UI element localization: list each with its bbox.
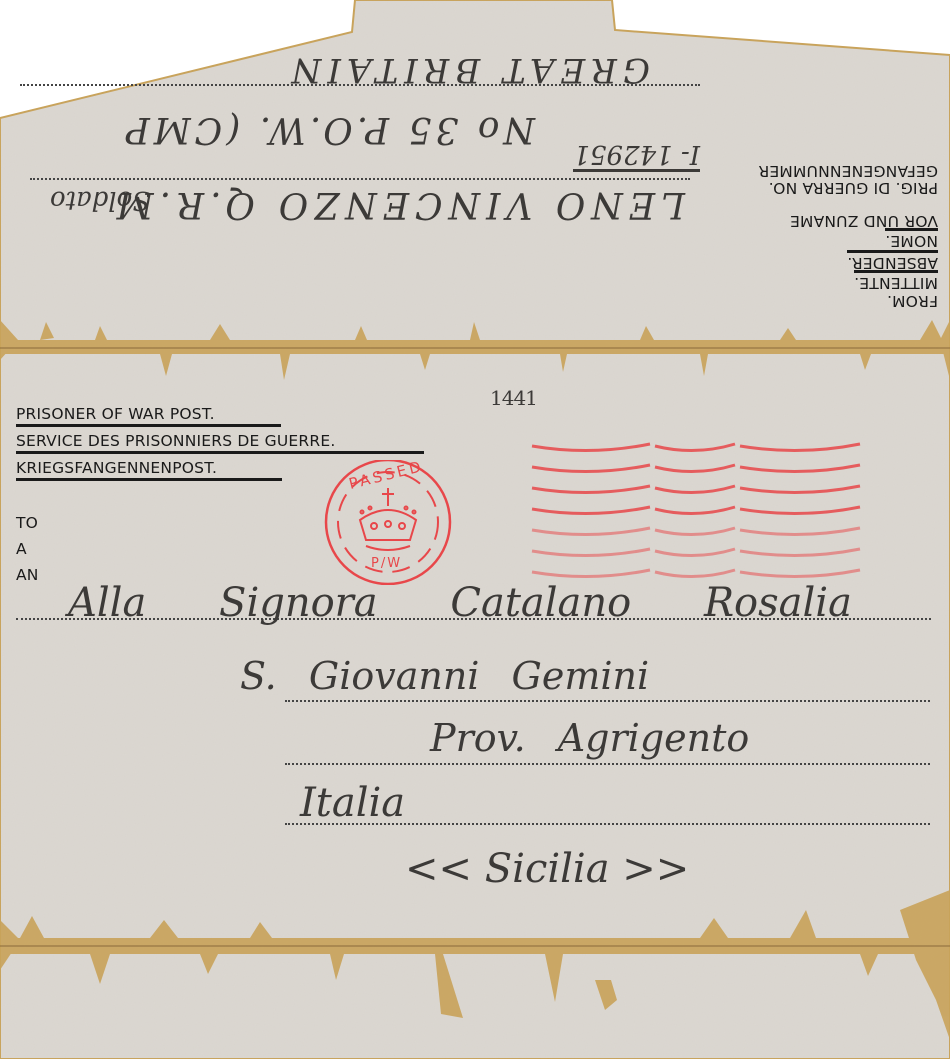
dotted-line xyxy=(30,178,690,180)
pencil-note: 1441 xyxy=(490,386,537,410)
country-handwritten: GREAT BRITAIN xyxy=(286,50,650,90)
pow-letter-sheet: FROM. MITTENTE. ABSENDER. NOME. VOR UND … xyxy=(0,0,950,1059)
wavy-cancellation-lines xyxy=(520,430,870,600)
address-country-handwritten: Italia xyxy=(300,780,405,826)
camp-handwritten: No 35 P.O.W. (CMP xyxy=(122,109,535,150)
crown-icon xyxy=(360,488,416,550)
label-from: FROM. xyxy=(887,292,938,310)
header-prisoner-of-war-post: PRISONER OF WAR POST. xyxy=(16,405,281,427)
sender-panel: FROM. MITTENTE. ABSENDER. NOME. VOR UND … xyxy=(0,0,950,340)
addressee-handwritten: Alla Signora Catalano Rosalia xyxy=(68,580,852,626)
sender-name-handwritten: LENO VINCENZO Q.R.M xyxy=(111,184,685,225)
label-gefangenennummer: GEFANGENENNUMMER xyxy=(758,162,938,180)
label-to: TO xyxy=(16,514,38,532)
label-an: AN xyxy=(16,566,39,584)
label-mittente: MITTENTE. xyxy=(854,274,938,292)
censor-pw-text: P/W xyxy=(371,556,402,571)
address-dotted-line xyxy=(285,700,930,702)
sender-rank-handwritten: Soldato xyxy=(50,185,150,215)
label-prig-di-guerra-no: PRIG. DI GUERRA NO. xyxy=(769,179,938,197)
address-dotted-line xyxy=(285,763,930,765)
label-absender: ABSENDER. xyxy=(847,254,938,272)
address-region-handwritten: << Sicilia >> xyxy=(405,846,689,892)
header-service-des-prisonniers: SERVICE DES PRISONNIERS DE GUERRE. xyxy=(16,432,424,454)
label-a: A xyxy=(16,540,27,558)
label-nome: NOME. xyxy=(885,232,938,250)
address-town-handwritten: S. Giovanni Gemini xyxy=(240,654,649,698)
censor-stamp: PASSED P/W xyxy=(318,460,458,585)
label-vor-und-zuname: VOR UND ZUNAME xyxy=(790,212,938,230)
address-province-handwritten: Prov. Agrigento xyxy=(430,716,749,760)
header-kriegsgefangenenpost: KRIEGSFANGENNENPOST. xyxy=(16,459,282,481)
pow-number-handwritten: I- 142951 xyxy=(573,139,700,172)
